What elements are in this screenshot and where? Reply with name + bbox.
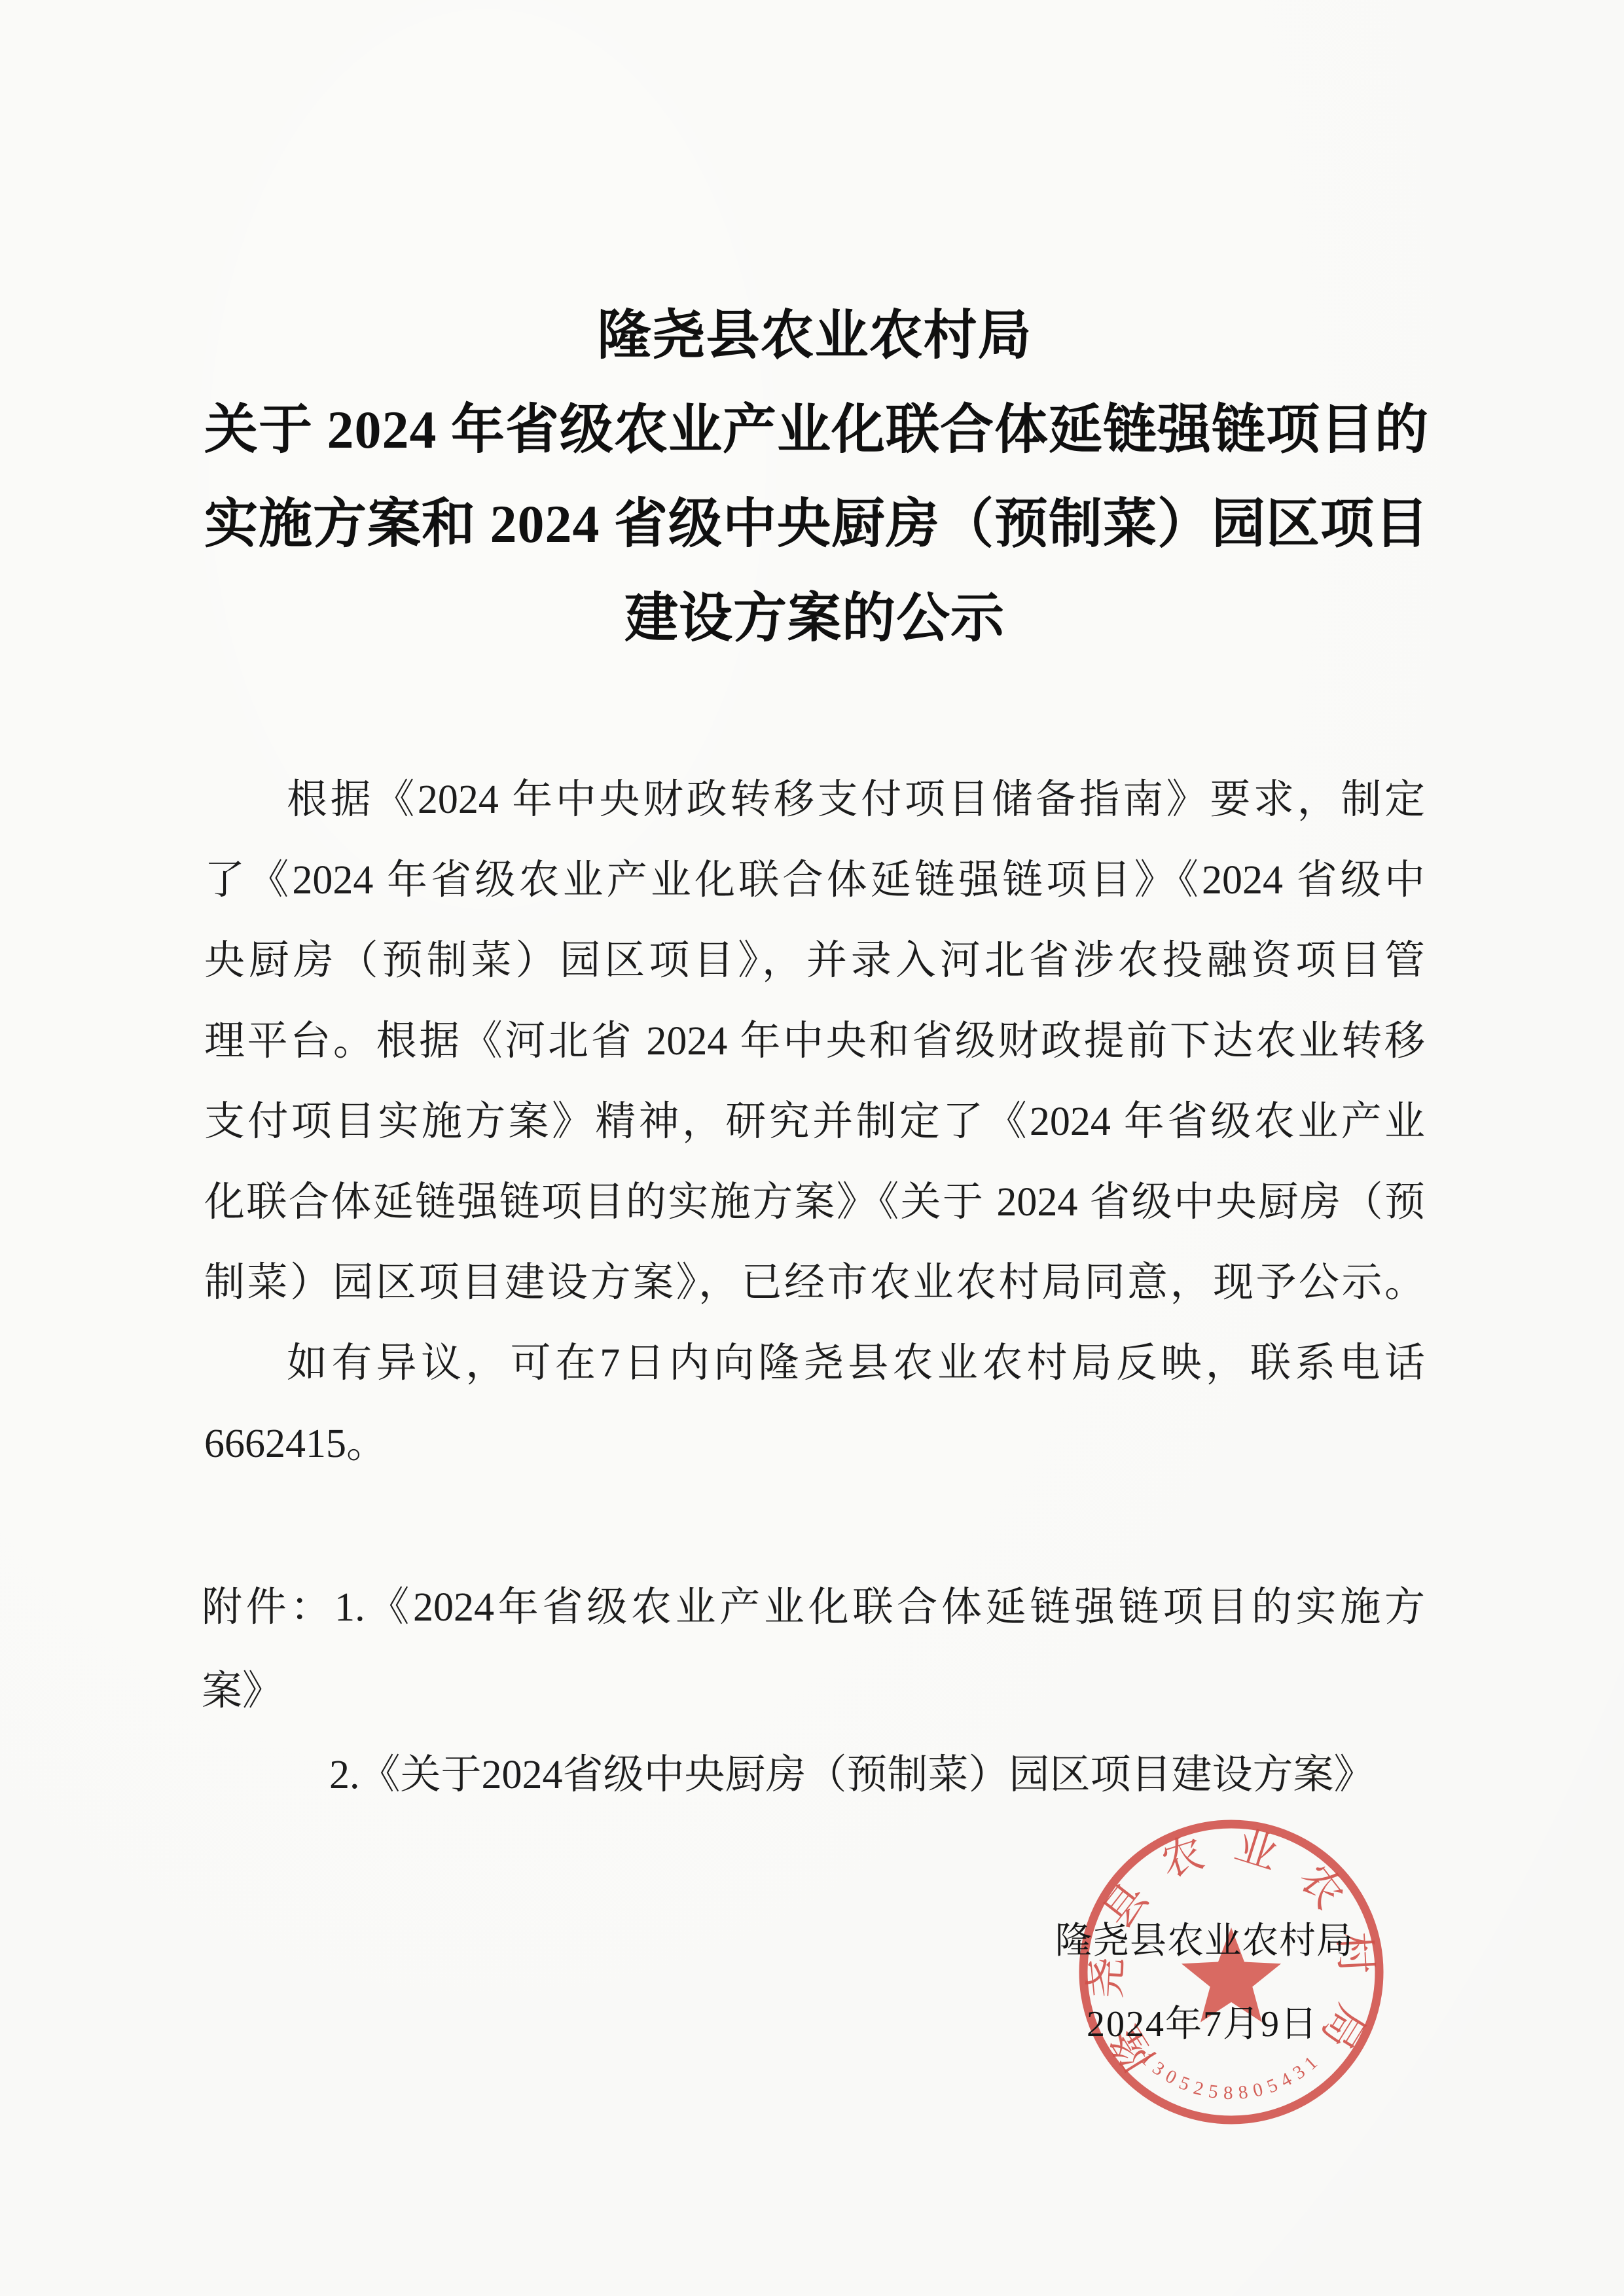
title-line-org: 隆尧县农业农村局 — [204, 289, 1425, 383]
body-line: 了《2024 年省级农业产业化联合体延链强链项目》《2024 省级中 — [204, 840, 1425, 921]
body-line: 如有异议，可在7日内向隆尧县农业农村局反映，联系电话 — [204, 1323, 1425, 1404]
seal-code-text: 1305258805431 — [1136, 2048, 1326, 2104]
notice-title: 隆尧县农业农村局 关于 2024 年省级农业产业化联合体延链强链项目的 实施方案… — [204, 289, 1425, 666]
title-line-3: 实施方案和 2024 省级中央厨房（预制菜）园区项目 — [204, 477, 1425, 571]
body-line: 支付项目实施方案》精神，研究并制定了《2024 年省级农业产业 — [204, 1082, 1425, 1162]
signature-date: 2024年7月9日 — [1087, 2003, 1318, 2046]
body-line: 制菜）园区项目建设方案》，已经市农业农村局同意，现予公示。 — [204, 1243, 1425, 1323]
notice-body: 根据《2024 年中央财政转移支付项目储备指南》要求，制定 了《2024 年省级… — [204, 760, 1425, 1484]
body-line: 化联合体延链强链项目的实施方案》《关于 2024 省级中央厨房（预 — [204, 1162, 1425, 1243]
attachments-block: 附件：1.《2024年省级农业产业化联合体延链强链项目的实施方 案》 2.《关于… — [202, 1566, 1425, 1817]
seal-code-text-wrap: 1305258805431 — [1136, 2048, 1326, 2104]
attachment-line-1: 附件：1.《2024年省级农业产业化联合体延链强链项目的实施方 — [202, 1566, 1425, 1649]
attachment-line-2: 案》 — [202, 1649, 1425, 1733]
body-line: 理平台。根据《河北省 2024 年中央和省级财政提前下达农业转移 — [204, 1001, 1425, 1082]
official-seal: 隆尧县农业农村局 1305258805431 — [1079, 1820, 1384, 2125]
body-line-phone: 6662415。 — [204, 1404, 1425, 1484]
title-line-2: 关于 2024 年省级农业产业化联合体延链强链项目的 — [204, 383, 1425, 477]
signature-org: 隆尧县农业农村局 — [1055, 1920, 1354, 1963]
scanned-notice-page: 隆尧县农业农村局 关于 2024 年省级农业产业化联合体延链强链项目的 实施方案… — [0, 0, 1624, 2296]
title-line-4: 建设方案的公示 — [204, 571, 1425, 666]
body-line: 央厨房（预制菜）园区项目》，并录入河北省涉农投融资项目管 — [204, 921, 1425, 1001]
body-line: 根据《2024 年中央财政转移支付项目储备指南》要求，制定 — [204, 760, 1425, 840]
attachment-line-3: 2.《关于2024省级中央厨房（预制菜）园区项目建设方案》 — [202, 1733, 1425, 1817]
